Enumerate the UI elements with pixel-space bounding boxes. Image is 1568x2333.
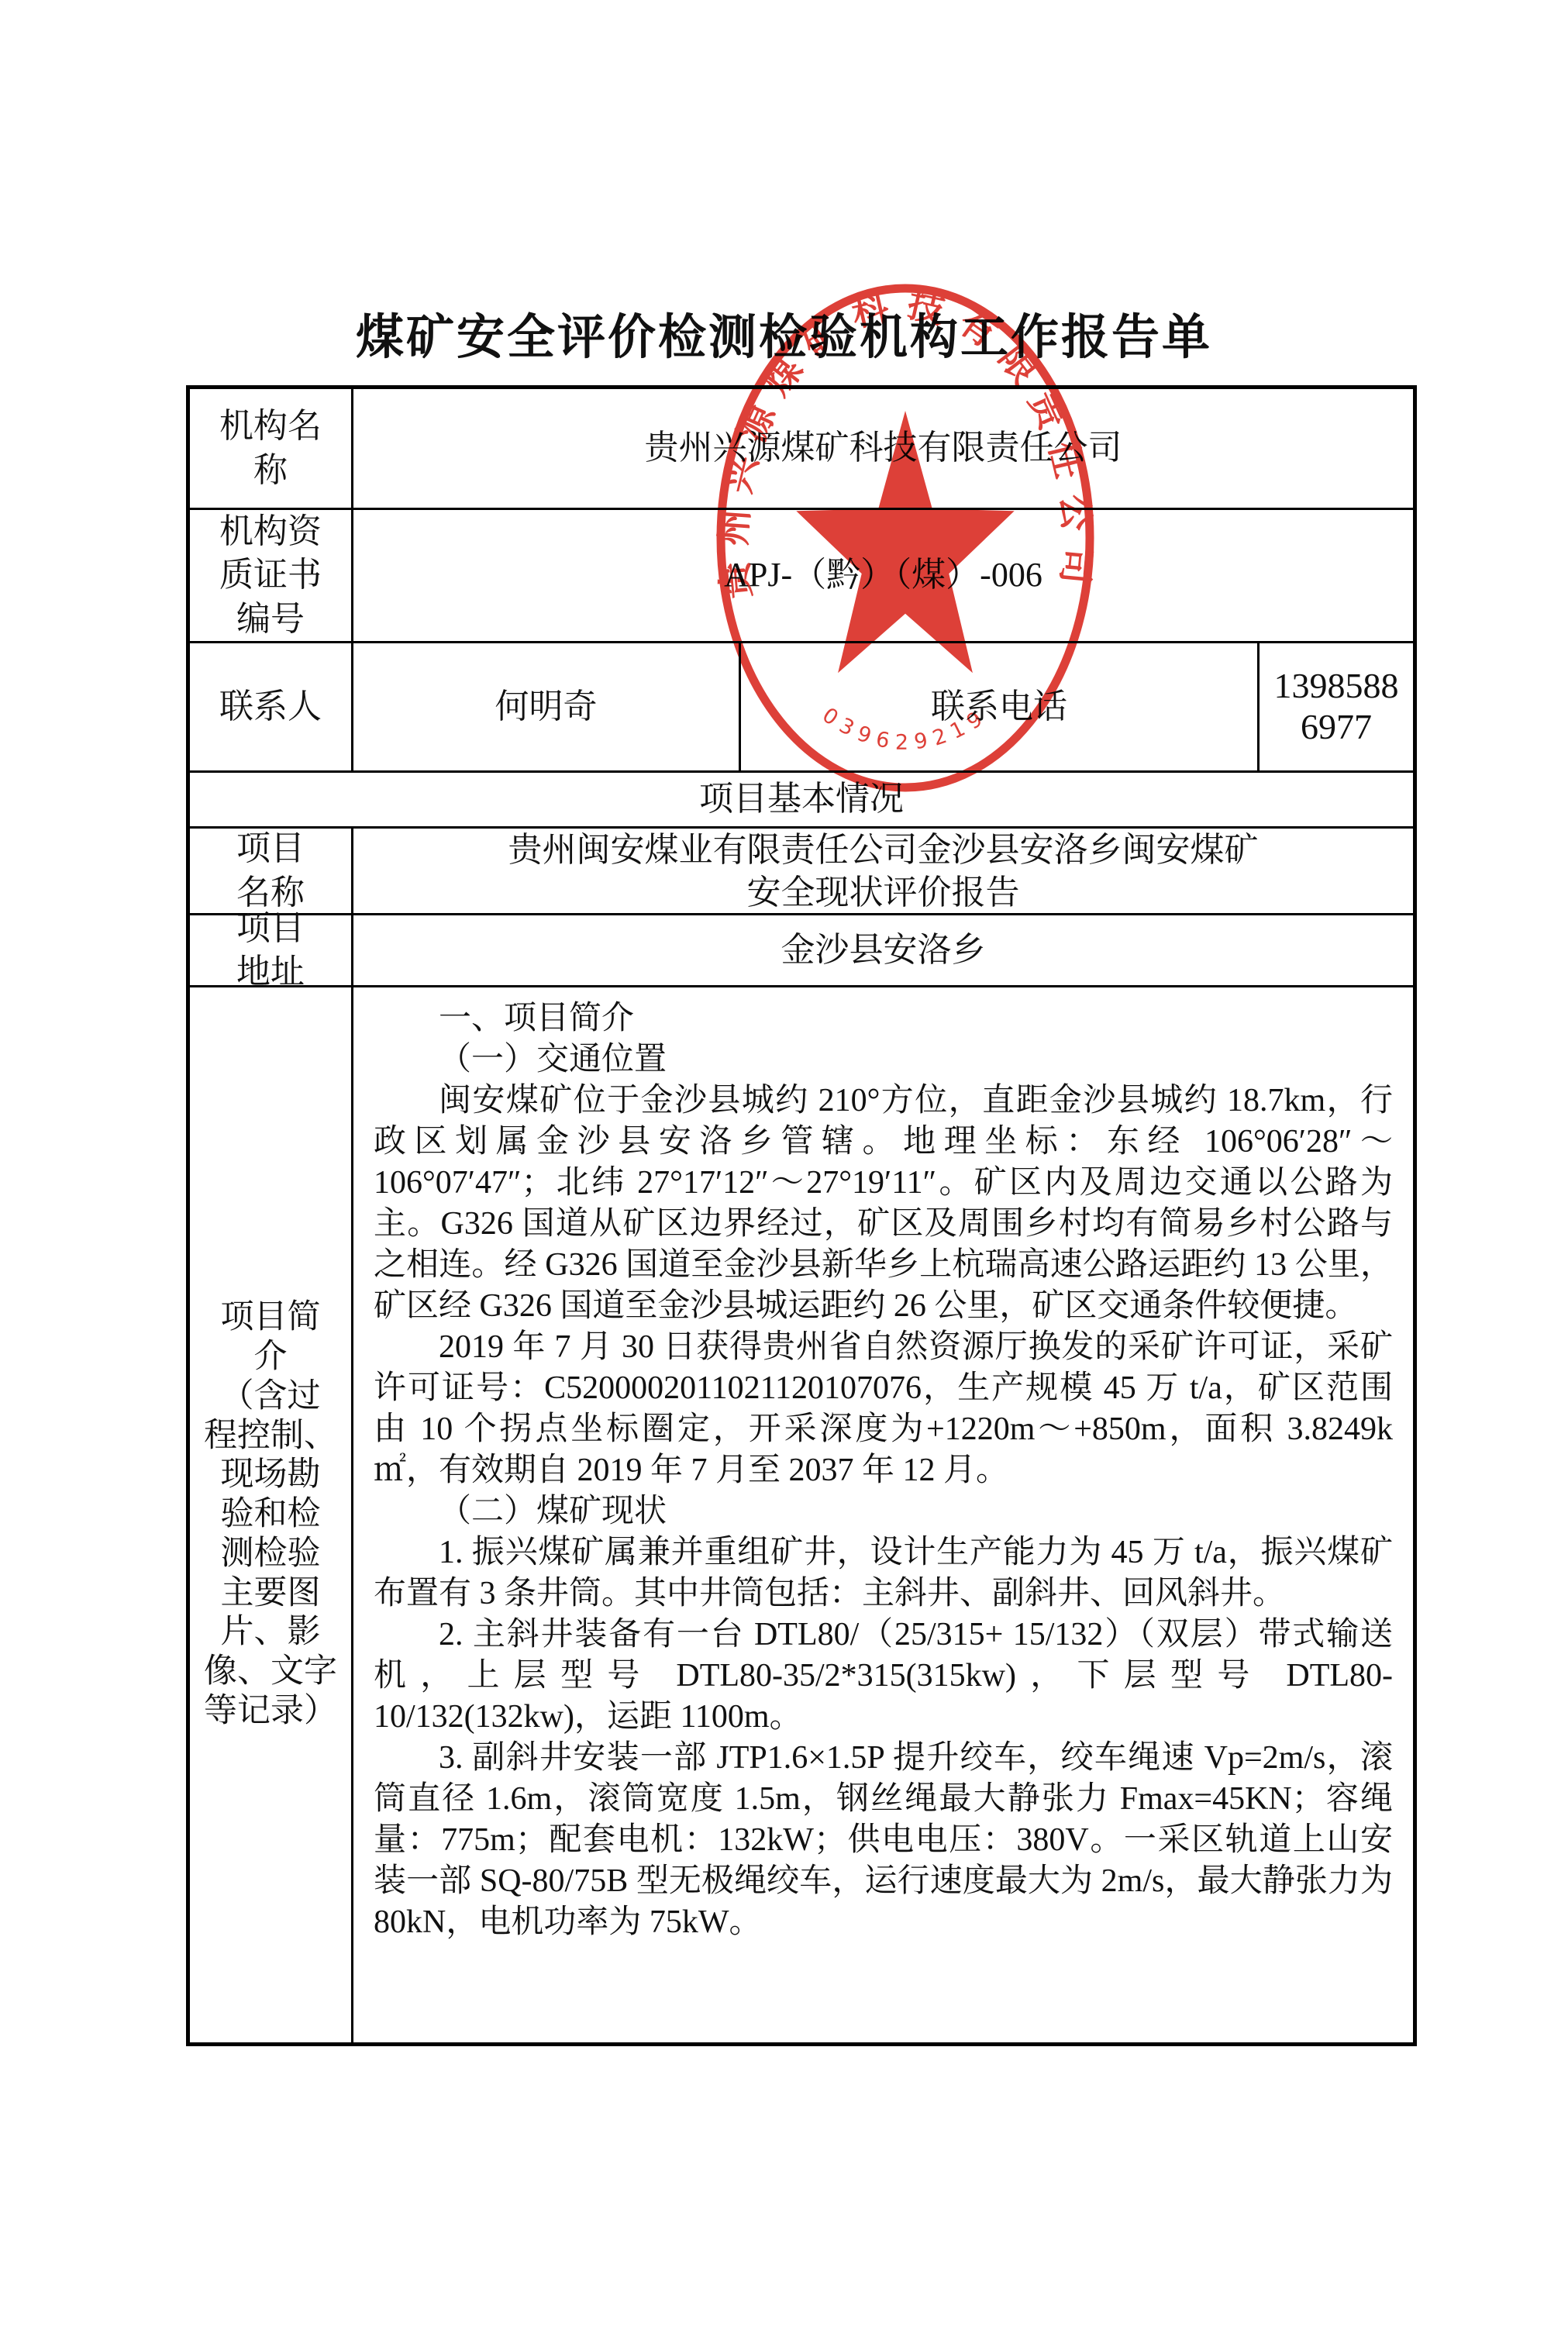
intro-heading-2: （一）交通位置	[374, 1039, 1393, 1080]
cert-number-label: 机构资 质证书 编号	[190, 510, 353, 641]
project-intro-body: 一、项目简介 （一）交通位置 闽安煤矿位于金沙县城约 210°方位，直距金沙县城…	[353, 987, 1413, 2042]
row-contact: 联系人 何明奇 联系电话 1398588 6977	[190, 641, 1413, 770]
intro-paragraph-winch: 3. 副斜井安装一部 JTP1.6×1.5P 提升绞车，绞车绳速 Vp=2m/s…	[374, 1738, 1393, 1943]
row-project-name: 项目 名称 贵州闽安煤业有限责任公司金沙县安洛乡闽安煤矿 安全现状评价报告	[190, 826, 1413, 913]
report-table: 机构名 称 贵州兴源煤矿科技有限责任公司 机构资 质证书 编号 APJ-（黔）（…	[186, 385, 1417, 2046]
row-org-name: 机构名 称 贵州兴源煤矿科技有限责任公司	[190, 389, 1413, 508]
row-cert-number: 机构资 质证书 编号 APJ-（黔）（煤）-006	[190, 508, 1413, 641]
contact-person-value: 何明奇	[353, 643, 741, 770]
intro-paragraph-license: 2019 年 7 月 30 日获得贵州省自然资源厅换发的采矿许可证，采矿许可证号…	[374, 1327, 1393, 1491]
project-name-label: 项目 名称	[190, 829, 353, 913]
project-address-value: 金沙县安洛乡	[353, 915, 1413, 985]
project-address-label: 项目 地址	[190, 915, 353, 985]
contact-phone-label: 联系电话	[741, 643, 1260, 770]
contact-phone-value: 1398588 6977	[1260, 643, 1413, 770]
intro-paragraph-shafts: 1. 振兴煤矿属兼并重组矿井，设计生产能力为 45 万 t/a，振兴煤矿布置有 …	[374, 1532, 1393, 1614]
project-intro-label: 项目简 介 （含过 程控制、 现场勘 验和检 测检验 主要图 片、影 像、文字 …	[190, 987, 353, 2042]
row-project-address: 项目 地址 金沙县安洛乡	[190, 913, 1413, 985]
project-name-value: 贵州闽安煤业有限责任公司金沙县安洛乡闽安煤矿 安全现状评价报告	[353, 829, 1413, 913]
page-title: 煤矿安全评价检测检验机构工作报告单	[0, 298, 1568, 367]
row-project-intro: 项目简 介 （含过 程控制、 现场勘 验和检 测检验 主要图 片、影 像、文字 …	[190, 985, 1413, 2042]
intro-heading-3: （二）煤矿现状	[374, 1491, 1393, 1532]
org-name-value: 贵州兴源煤矿科技有限责任公司	[353, 389, 1413, 508]
intro-paragraph-location: 闽安煤矿位于金沙县城约 210°方位，直距金沙县城约 18.7km，行政区划属金…	[374, 1080, 1393, 1327]
org-name-label: 机构名 称	[190, 389, 353, 508]
section-header-title: 项目基本情况	[190, 773, 1413, 826]
contact-person-label: 联系人	[190, 643, 353, 770]
intro-paragraph-conveyor: 2. 主斜井装备有一台 DTL80/（25/315+ 15/132）（双层）带式…	[374, 1614, 1393, 1738]
cert-number-value: APJ-（黔）（煤）-006	[353, 510, 1413, 641]
intro-heading-1: 一、项目简介	[374, 998, 1393, 1039]
row-section-header: 项目基本情况	[190, 770, 1413, 826]
